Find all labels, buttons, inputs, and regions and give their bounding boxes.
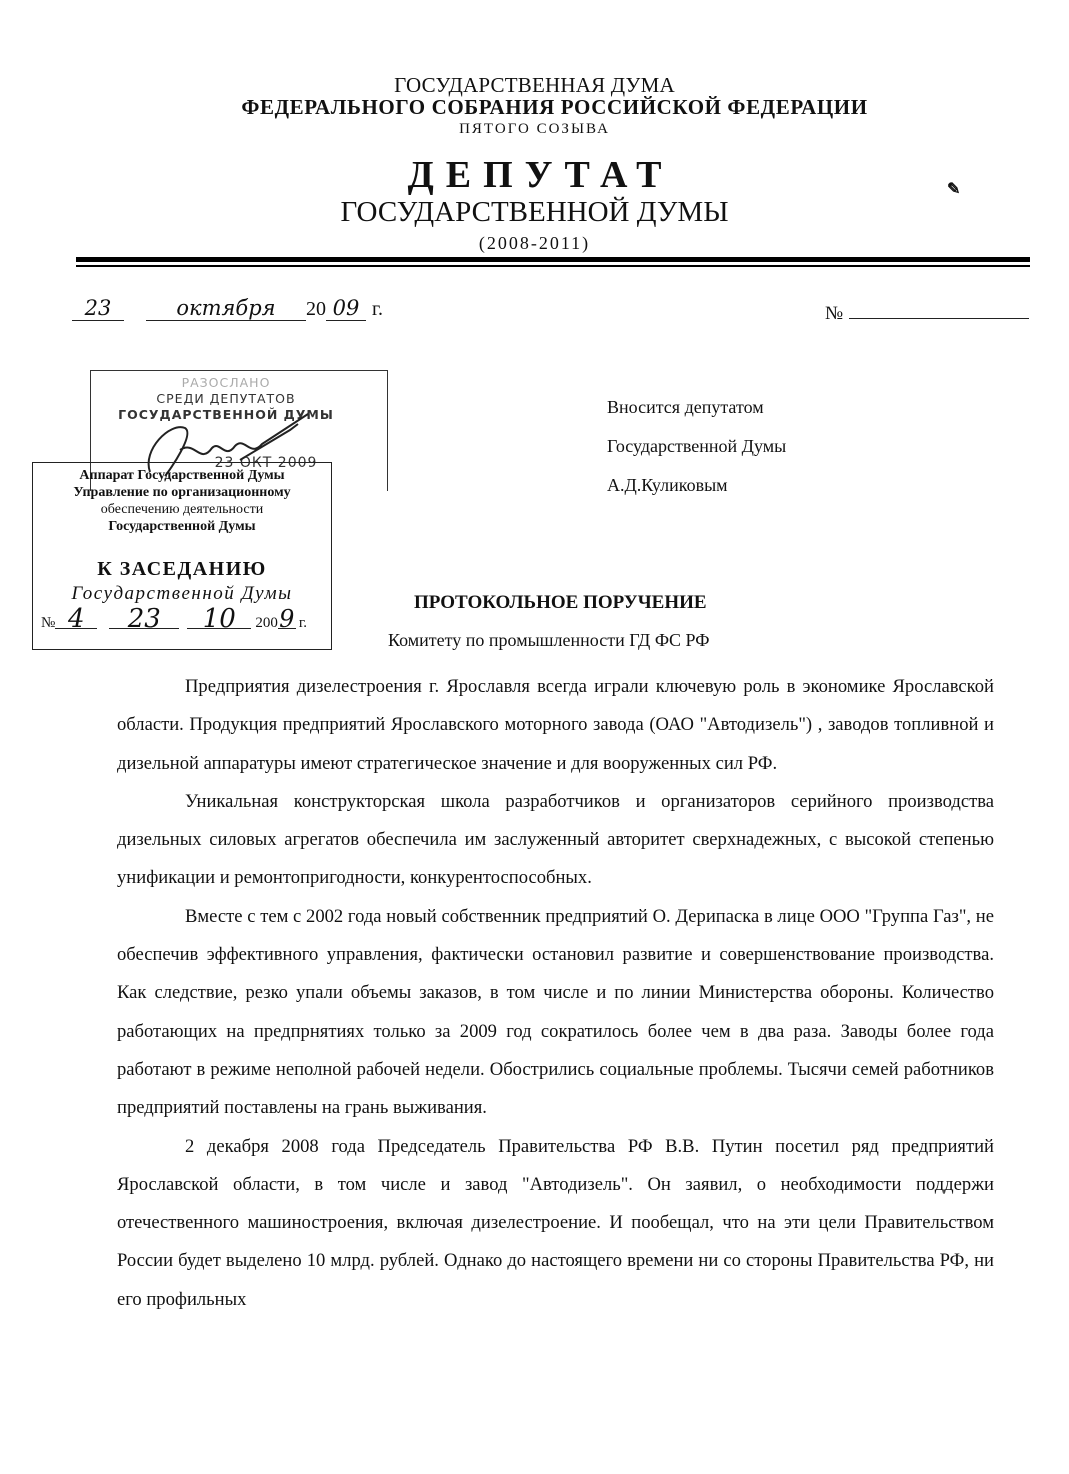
date-line: 23 октября 20 09 г. [72, 296, 383, 321]
paragraph: 2 декабря 2008 года Председатель Правите… [117, 1128, 994, 1319]
letterhead-term: (2008-2011) [0, 233, 1069, 254]
submitted-by-line3: А.Д.Куликовым [607, 475, 728, 496]
stamp-year-prefix: 200 [255, 615, 278, 632]
stamp-number: 4 [55, 611, 97, 629]
document-body: Предприятия дизелестроения г. Ярославля … [117, 668, 994, 1319]
stamp-session-line4: Государственной Думы [33, 518, 331, 535]
paragraph: Уникальная конструкторская школа разрабо… [117, 783, 994, 898]
stamp-number-label: № [41, 615, 55, 632]
stamp-registration-line1: РАЗОСЛАНО [91, 375, 361, 390]
number-label: № [825, 303, 843, 325]
date-year-suffix: 09 [326, 296, 366, 321]
date-month: октября [146, 296, 306, 321]
document-title: ПРОТОКОЛЬНОЕ ПОРУЧЕНИЕ [414, 592, 707, 614]
stamp-session-date-line: № 4 23 10 200 9 г. [41, 611, 339, 632]
document-addressee: Комитету по промышленности ГД ФС РФ [388, 630, 709, 651]
letterhead-subtitle: ГОСУДАРСТВЕННОЙ ДУМЫ [0, 196, 1069, 229]
stamp-session-heading: К ЗАСЕДАНИЮ [33, 561, 331, 578]
header-divider-thin [76, 265, 1030, 267]
paragraph: Предприятия дизелестроения г. Ярославля … [117, 668, 994, 783]
stamp-session-line1: Аппарат Государственной Думы [33, 467, 331, 484]
date-year-prefix: 20 [306, 298, 326, 321]
letterhead-line-convocation: ПЯТОГО СОЗЫВА [0, 121, 1069, 138]
stamp-session-subheading: Государственной Думы [33, 585, 331, 602]
paragraph: Вместе с тем с 2002 года новый собственн… [117, 898, 994, 1128]
pen-mark-icon: ✎ [947, 179, 960, 199]
stamp-suffix: г. [299, 615, 307, 632]
number-value [849, 300, 1029, 319]
stamp-registration-line2: СРЕДИ ДЕПУТАТОВ [91, 391, 361, 406]
letterhead-line-federal-assembly: ФЕДЕРАЛЬНОГО СОБРАНИЯ РОССИЙСКОЙ ФЕДЕРАЦ… [20, 95, 1069, 120]
outgoing-number: № [825, 300, 1029, 325]
header-divider-thick [76, 257, 1030, 262]
stamp-month: 10 [187, 611, 251, 629]
letterhead-title: ДЕПУТАТ [6, 153, 1069, 197]
date-day: 23 [72, 296, 124, 321]
stamp-session-line3: обеспечению деятельности [33, 501, 331, 518]
stamp-day: 23 [109, 611, 179, 629]
submitted-by-line1: Вносится депутатом [607, 397, 764, 418]
date-suffix: г. [372, 298, 383, 321]
submitted-by-line2: Государственной Думы [607, 436, 786, 457]
stamp-session-line2: Управление по организационному [33, 484, 331, 501]
stamp-session: Аппарат Государственной Думы Управление … [32, 462, 332, 650]
stamp-year-suffix: 9 [278, 611, 296, 629]
